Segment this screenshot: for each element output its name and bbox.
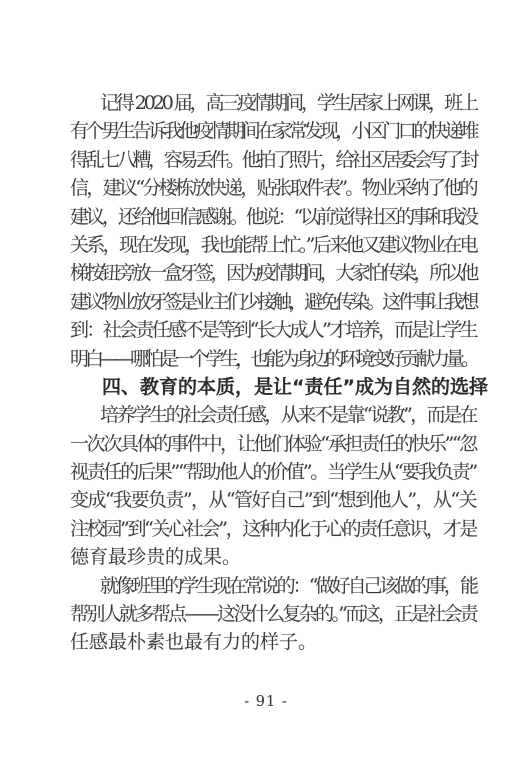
text-line-content: 视责任的后果”“帮助他人的价值”。当学生从“要我负责” xyxy=(70,458,476,486)
text-line: 就像班里的学生现在常说的：“做好自己该做的事，能 xyxy=(70,572,476,600)
text-line-content: 记得 2020 届，高三疫情期间，学生居家上网课，班上 xyxy=(100,89,476,117)
text-line: 记得 2020 届，高三疫情期间，学生居家上网课，班上 xyxy=(70,89,476,117)
text-line-content: 德育最珍贵的成果。 xyxy=(70,543,241,571)
text-line-content: 四、教育的本质，是让“责任”成为自然的选择 xyxy=(102,373,488,401)
text-line: 明白——哪怕是一个学生，也能为身边的环境变好贡献力量。 xyxy=(70,345,476,373)
text-line: 信，建议“分楼栋放快递，贴张取件表”。物业采纳了他的 xyxy=(70,174,476,202)
text-line: 视责任的后果”“帮助他人的价值”。当学生从“要我负责” xyxy=(70,458,476,486)
text-line: 变成“我要负责”，从“管好自己”到“想到他人”，从“关 xyxy=(70,486,476,514)
text-line-content: 一次次具体的事件中，让他们体验“承担责任的快乐”“忽 xyxy=(70,430,476,458)
text-line: 帮别人就多帮点——这没什么复杂的。”而这，正是社会责 xyxy=(70,600,476,628)
text-line-content: 建议，还给他回信感谢。他说：“以前觉得社区的事和我没 xyxy=(70,203,476,231)
text-line: 一次次具体的事件中，让他们体验“承担责任的快乐”“忽 xyxy=(70,430,476,458)
text-line: 到：社会责任感不是等到“长大成人”才培养，而是让学生 xyxy=(70,316,476,344)
text-line: 建议，还给他回信感谢。他说：“以前觉得社区的事和我没 xyxy=(70,203,476,231)
text-line-content: 帮别人就多帮点——这没什么复杂的。”而这，正是社会责 xyxy=(70,600,476,628)
text-line: 德育最珍贵的成果。 xyxy=(70,543,476,571)
text-line: 任感最朴素也最有力的样子。 xyxy=(70,628,476,656)
document-page: 记得 2020 届，高三疫情期间，学生居家上网课，班上有个男生告诉我他疫情期间在… xyxy=(0,0,532,768)
text-line-content: 建议物业放牙签是业主们少接触，避免传染。这件事让我想 xyxy=(70,288,476,316)
text-line-content: 注校园”到“关心社会”，这种内化于心的责任意识，才是 xyxy=(70,515,476,543)
text-line: 得乱七八糟，容易丢件。他拍了照片，给社区居委会写了封 xyxy=(70,146,476,174)
text-line-content: 培养学生的社会责任感，从来不是靠“说教”，而是在 xyxy=(100,401,476,429)
page-number: - 91 - xyxy=(0,694,532,710)
text-line-content: 任感最朴素也最有力的样子。 xyxy=(70,628,317,656)
text-line-content: 到：社会责任感不是等到“长大成人”才培养，而是让学生 xyxy=(70,316,476,344)
text-line: 注校园”到“关心社会”，这种内化于心的责任意识，才是 xyxy=(70,515,476,543)
text-line-content: 就像班里的学生现在常说的：“做好自己该做的事，能 xyxy=(100,572,476,600)
text-line-content: 变成“我要负责”，从“管好自己”到“想到他人”，从“关 xyxy=(70,486,476,514)
text-line: 建议物业放牙签是业主们少接触，避免传染。这件事让我想 xyxy=(70,288,476,316)
text-line: 培养学生的社会责任感，从来不是靠“说教”，而是在 xyxy=(70,401,476,429)
text-line-content: 梯按钮旁放一盒牙签，因为疫情期间，大家怕传染，所以他 xyxy=(70,259,476,287)
text-line-content: 得乱七八糟，容易丢件。他拍了照片，给社区居委会写了封 xyxy=(70,146,476,174)
text-line: 有个男生告诉我他疫情期间在家常发现，小区门口的快递堆 xyxy=(70,117,476,145)
text-line: 梯按钮旁放一盒牙签，因为疫情期间，大家怕传染，所以他 xyxy=(70,259,476,287)
text-line-content: 明白——哪怕是一个学生，也能为身边的环境变好贡献力量。 xyxy=(70,345,476,373)
text-line-content: 关系，现在发现，我也能帮上忙。”后来他又建议物业在电 xyxy=(70,231,476,259)
text-line-content: 信，建议“分楼栋放快递，贴张取件表”。物业采纳了他的 xyxy=(70,174,476,202)
text-line: 关系，现在发现，我也能帮上忙。”后来他又建议物业在电 xyxy=(70,231,476,259)
document-text-block: 记得 2020 届，高三疫情期间，学生居家上网课，班上有个男生告诉我他疫情期间在… xyxy=(70,89,476,657)
section-heading: 四、教育的本质，是让“责任”成为自然的选择 xyxy=(70,373,476,401)
text-line-content: 有个男生告诉我他疫情期间在家常发现，小区门口的快递堆 xyxy=(70,117,476,145)
